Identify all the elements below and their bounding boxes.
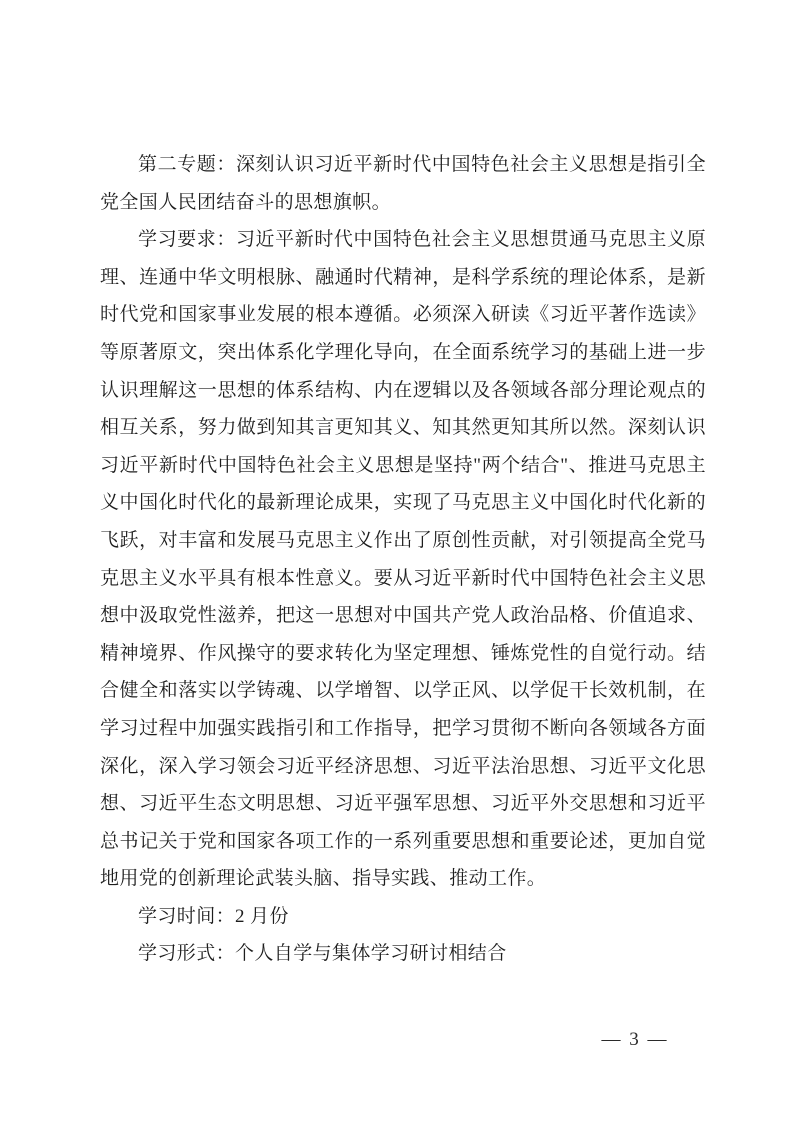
paragraph-topic: 第二专题：深刻认识习近平新时代中国特色社会主义思想是指引全党全国人民团结奋斗的思… xyxy=(100,146,706,221)
page-number: — 3 — xyxy=(560,1028,710,1052)
paragraph-study-format: 学习形式：个人自学与集体学习研讨相结合 xyxy=(100,935,706,973)
document-page: 第二专题：深刻认识习近平新时代中国特色社会主义思想是指引全党全国人民团结奋斗的思… xyxy=(0,0,793,1122)
paragraph-study-requirements: 学习要求：习近平新时代中国特色社会主义思想贯通马克思主义原理、连通中华文明根脉、… xyxy=(100,221,706,898)
paragraph-study-time: 学习时间：2 月份 xyxy=(100,898,706,936)
document-body: 第二专题：深刻认识习近平新时代中国特色社会主义思想是指引全党全国人民团结奋斗的思… xyxy=(100,146,706,973)
